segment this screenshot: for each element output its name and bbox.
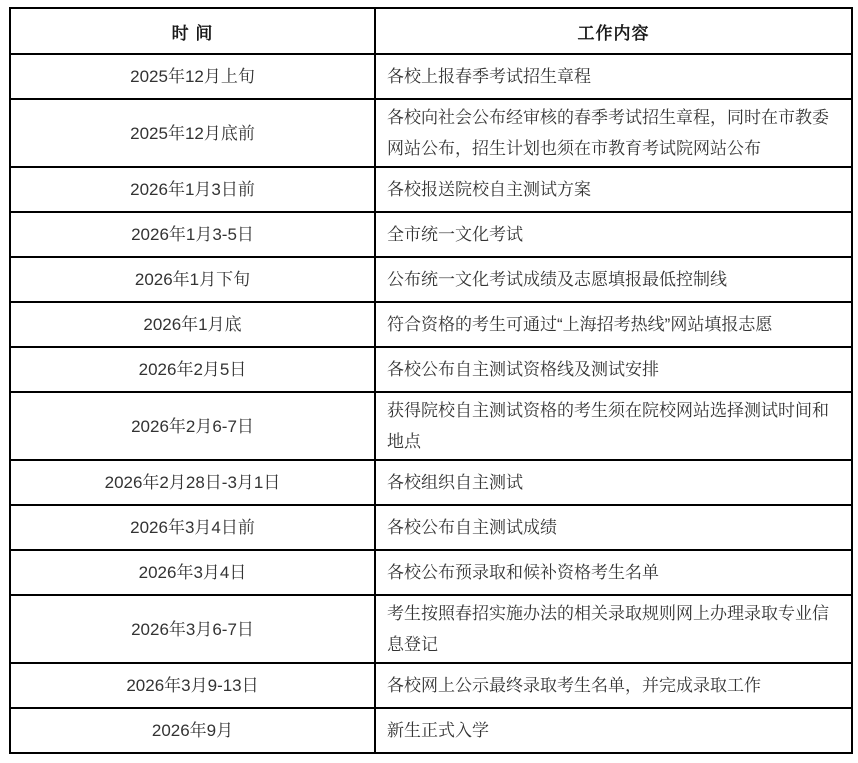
header-content: 工作内容 <box>375 8 852 54</box>
content-cell: 各校向社会公布经审核的春季考试招生章程，同时在市教委网站公布，招生计划也须在市教… <box>375 99 852 167</box>
time-cell: 2026年1月3-5日 <box>10 212 375 257</box>
table-row: 2026年1月下旬公布统一文化考试成绩及志愿填报最低控制线 <box>10 257 852 302</box>
time-cell: 2025年12月底前 <box>10 99 375 167</box>
table-row: 2026年2月28日-3月1日各校组织自主测试 <box>10 460 852 505</box>
content-cell: 公布统一文化考试成绩及志愿填报最低控制线 <box>375 257 852 302</box>
time-cell: 2026年1月下旬 <box>10 257 375 302</box>
time-cell: 2026年1月3日前 <box>10 167 375 212</box>
time-cell: 2026年1月底 <box>10 302 375 347</box>
content-cell: 新生正式入学 <box>375 708 852 753</box>
table-row: 2026年3月6-7日考生按照春招实施办法的相关录取规则网上办理录取专业信息登记 <box>10 595 852 663</box>
time-cell: 2026年3月4日 <box>10 550 375 595</box>
table-row: 2026年2月6-7日获得院校自主测试资格的考生须在院校网站选择测试时间和地点 <box>10 392 852 460</box>
table-row: 2026年3月9-13日各校网上公示最终录取考生名单，并完成录取工作 <box>10 663 852 708</box>
content-cell: 全市统一文化考试 <box>375 212 852 257</box>
content-cell: 符合资格的考生可通过“上海招考热线”网站填报志愿 <box>375 302 852 347</box>
table-row: 2026年3月4日前各校公布自主测试成绩 <box>10 505 852 550</box>
content-cell: 各校公布自主测试资格线及测试安排 <box>375 347 852 392</box>
header-time: 时 间 <box>10 8 375 54</box>
content-cell: 各校上报春季考试招生章程 <box>375 54 852 99</box>
content-cell: 获得院校自主测试资格的考生须在院校网站选择测试时间和地点 <box>375 392 852 460</box>
content-cell: 各校网上公示最终录取考生名单，并完成录取工作 <box>375 663 852 708</box>
page: 时 间 工作内容 2025年12月上旬各校上报春季考试招生章程2025年12月底… <box>0 0 858 763</box>
content-cell: 各校公布自主测试成绩 <box>375 505 852 550</box>
table-row: 2025年12月上旬各校上报春季考试招生章程 <box>10 54 852 99</box>
time-cell: 2026年2月6-7日 <box>10 392 375 460</box>
header-row: 时 间 工作内容 <box>10 8 852 54</box>
time-cell: 2026年3月4日前 <box>10 505 375 550</box>
time-cell: 2026年3月9-13日 <box>10 663 375 708</box>
time-cell: 2025年12月上旬 <box>10 54 375 99</box>
content-cell: 各校报送院校自主测试方案 <box>375 167 852 212</box>
content-cell: 各校公布预录取和候补资格考生名单 <box>375 550 852 595</box>
table-row: 2026年1月3日前各校报送院校自主测试方案 <box>10 167 852 212</box>
table-row: 2026年3月4日各校公布预录取和候补资格考生名单 <box>10 550 852 595</box>
table-row: 2025年12月底前各校向社会公布经审核的春季考试招生章程，同时在市教委网站公布… <box>10 99 852 167</box>
content-cell: 考生按照春招实施办法的相关录取规则网上办理录取专业信息登记 <box>375 595 852 663</box>
schedule-table: 时 间 工作内容 2025年12月上旬各校上报春季考试招生章程2025年12月底… <box>9 7 853 754</box>
time-cell: 2026年3月6-7日 <box>10 595 375 663</box>
table-row: 2026年1月底符合资格的考生可通过“上海招考热线”网站填报志愿 <box>10 302 852 347</box>
content-cell: 各校组织自主测试 <box>375 460 852 505</box>
table-row: 2026年2月5日各校公布自主测试资格线及测试安排 <box>10 347 852 392</box>
time-cell: 2026年2月28日-3月1日 <box>10 460 375 505</box>
time-cell: 2026年9月 <box>10 708 375 753</box>
time-cell: 2026年2月5日 <box>10 347 375 392</box>
table-row: 2026年1月3-5日全市统一文化考试 <box>10 212 852 257</box>
table-row: 2026年9月新生正式入学 <box>10 708 852 753</box>
